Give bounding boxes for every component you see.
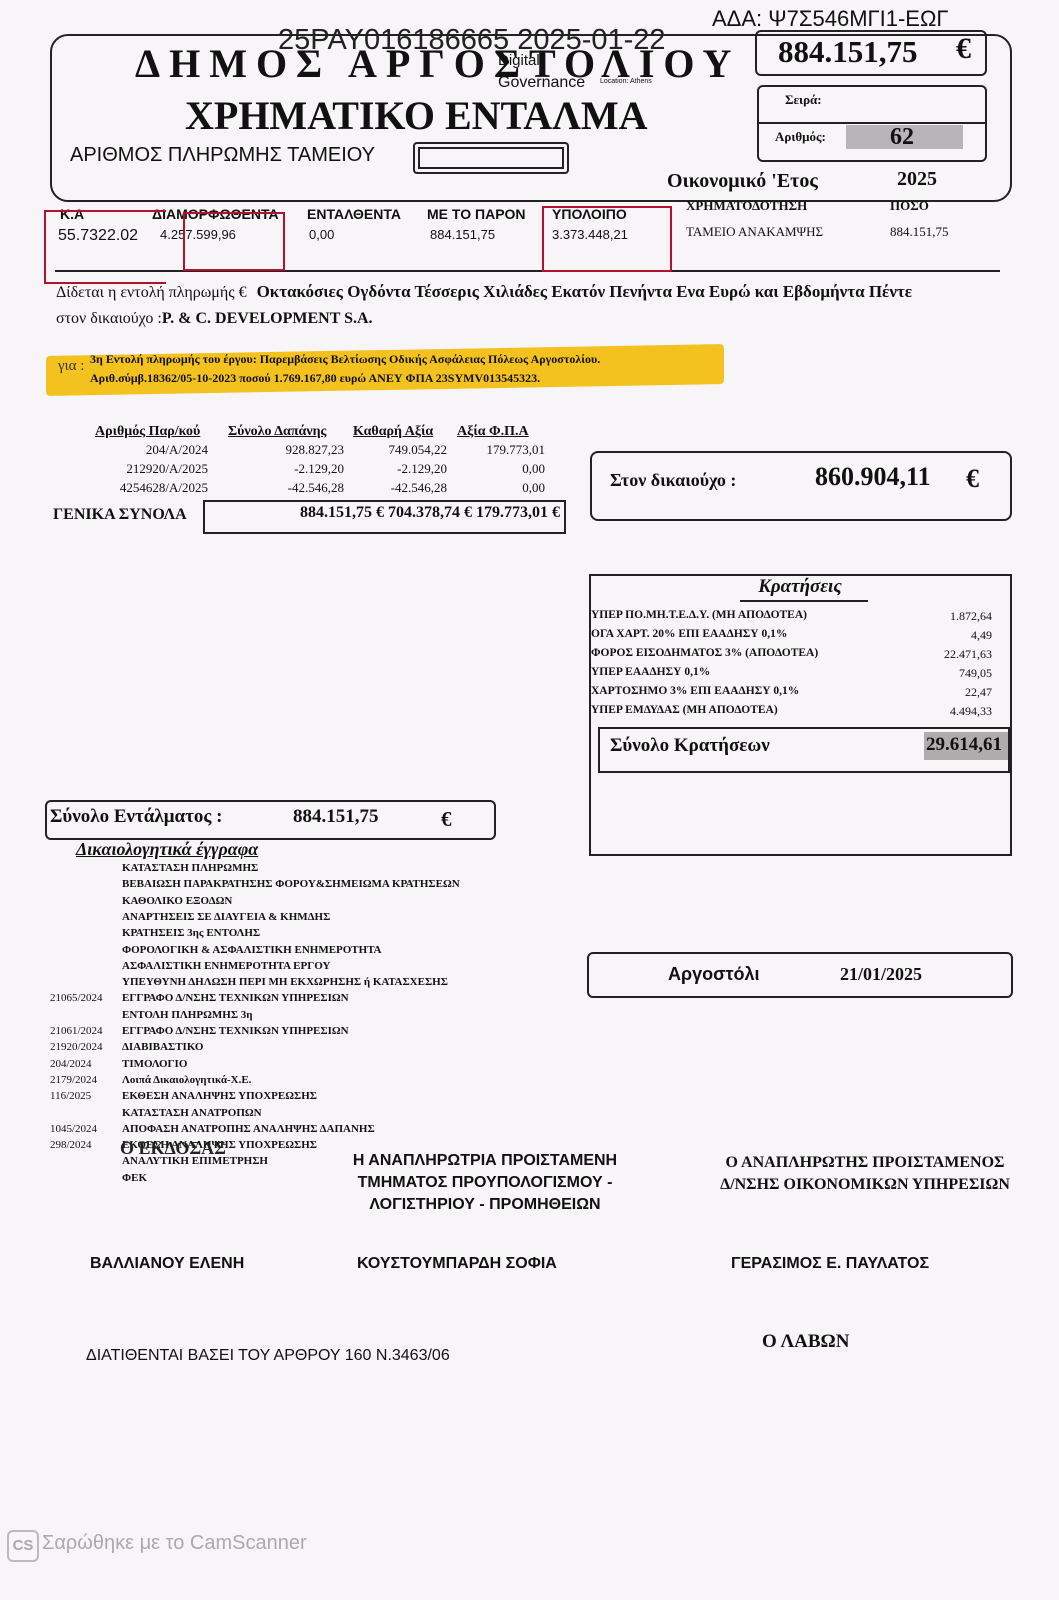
euro-symbol: € [441, 807, 452, 832]
document-number: 298/2024 [50, 1139, 92, 1151]
receiver-label: Ο ΛΑΒΩΝ [762, 1331, 849, 1353]
fund-payment-number-field [413, 142, 569, 174]
deduction-row: ΧΑΡΤΟΣΗΜΟ 3% ΕΠΙ ΕΑΑΔΗΣΥ 0,1%22,47 [591, 685, 992, 703]
grand-totals-label: ΓΕΝΙΚΑ ΣΥΝΟΛΑ [53, 506, 187, 524]
table-cell: 4254628/A/2025 [120, 480, 208, 496]
document-number: 116/2025 [50, 1090, 91, 1102]
divider [757, 122, 985, 124]
deduction-row: ΥΠΕΡ ΕΑΑΔΗΣΥ 0,1%749,05 [591, 666, 992, 684]
deduction-value: 4.494,33 [950, 704, 992, 719]
camscanner-logo-icon: CS [7, 1530, 39, 1562]
list-item: 204/2024ΤΙΜΟΛΟΓΙΟ [50, 1058, 530, 1074]
funding-amount: 884.151,75 [890, 224, 949, 240]
table-cell: -2.129,20 [397, 461, 447, 477]
payment-order-line: Δίδεται η εντολή πληρωμής €Οκτακόσιες Ογ… [56, 282, 912, 302]
order-total-value: 884.151,75 [293, 806, 379, 828]
document-number: 2179/2024 [50, 1074, 97, 1086]
document-name: ΚΑΘΟΛΙΚΟ ΕΞΟΔΩΝ [122, 895, 232, 907]
title-line: ΛΟΓΙΣΤΗΡΙΟΥ - ΠΡΟΜΗΘΕΙΩΝ [330, 1194, 640, 1216]
list-item: ΥΠΕΥΘΥΝΗ ΔΗΛΩΣΗ ΠΕΡΙ ΜΗ ΕΚΧΩΡΗΣΗΣ ή ΚΑΤΑ… [50, 976, 530, 992]
deduction-value: 1.872,64 [950, 609, 992, 624]
document-name: ΦΕΚ [122, 1172, 147, 1184]
document-name: ΤΙΜΟΛΟΓΙΟ [122, 1058, 187, 1070]
document-name: ΚΑΤΑΣΤΑΣΗ ΑΝΑΤΡΟΠΩΝ [122, 1107, 262, 1119]
digital-signature-location: Location: Athens [600, 78, 652, 85]
deduction-label: ΧΑΡΤΟΣΗΜΟ 3% ΕΠΙ ΕΑΑΔΗΣΥ 0,1% [591, 685, 799, 697]
budget-head-title: Η ΑΝΑΠΛΗΡΩΤΡΙΑ ΠΡΟΙΣΤΑΜΕΝΗ ΤΜΗΜΑΤΟΣ ΠΡΟΥ… [330, 1150, 640, 1216]
list-item: 21920/2024ΔΙΑΒΙΒΑΣΤΙΚΟ [50, 1041, 530, 1057]
invoice-header-total: Σύνολο Δαπάνης [228, 424, 326, 440]
deduction-value: 749,05 [959, 666, 992, 681]
table-cell: 204/A/2024 [146, 442, 208, 458]
purpose-line-2: Αριθ.σύμβ.18362/05-10-2023 ποσού 1.769.1… [90, 371, 540, 386]
deduction-label: ΦΟΡΟΣ ΕΙΣΟΔΗΜΑΤΟΣ 3% (ΑΠΟΔΟΤΕΑ) [591, 647, 818, 659]
digital-signature-line1: Digital [498, 52, 540, 69]
document-name: Λοιπά Δικαιολογητικά-Χ.Ε. [122, 1074, 251, 1086]
series-label: Σειρά: [785, 92, 822, 108]
funding-amount-label: ΠΟΣΟ [890, 198, 929, 214]
list-item: 21061/2024ΕΓΓΡΑΦΟ Δ/ΝΣΗΣ ΤΕΧΝΙΚΩΝ ΥΠΗΡΕΣ… [50, 1025, 530, 1041]
deductions-total-value: 29.614,61 [926, 734, 1002, 756]
beneficiary-amount-value: 860.904,11 [815, 462, 931, 492]
supporting-documents-title: Δικαιολογητικά έγγραφα [76, 839, 258, 860]
title-line: ΤΜΗΜΑΤΟΣ ΠΡΟΥΠΟΛΟΓΙΣΜΟΥ - [330, 1172, 640, 1194]
title-line: Δ/ΝΣΗΣ ΟΙΚΟΝΟΜΙΚΩΝ ΥΠΗΡΕΣΙΩΝ [690, 1174, 1040, 1196]
purpose-line-1: 3η Εντολή πληρωμής του έργου: Παρεμβάσει… [90, 352, 600, 367]
number-label: Αριθμός: [775, 129, 826, 145]
document-name: ΕΝΤΟΛΗ ΠΛΗΡΩΜΗΣ 3η [122, 1009, 253, 1021]
list-item: 116/2025ΕΚΘΕΣΗ ΑΝΑΛΗΨΗΣ ΥΠΟΧΡΕΩΣΗΣ [50, 1090, 530, 1106]
funding-label: ΧΡΗΜΑΤΟΔΟΤΗΣΗ [686, 198, 807, 214]
budget-header-current: ΜΕ ΤΟ ΠΑΡΟΝ [427, 206, 526, 222]
list-item: ΚΑΤΑΣΤΑΣΗ ΑΝΑΤΡΟΠΩΝ [50, 1107, 530, 1123]
digital-signature-line2: Governance [498, 74, 585, 92]
invoice-header-net: Καθαρή Αξία [353, 424, 433, 440]
deduction-value: 22.471,63 [944, 647, 992, 662]
deduction-label: ΟΓΑ ΧΑΡΤ. 20% ΕΠΙ ΕΑΑΔΗΣΥ 0,1% [591, 628, 787, 640]
list-item: 21065/2024ΕΓΓΡΑΦΟ Δ/ΝΣΗΣ ΤΕΧΝΙΚΩΝ ΥΠΗΡΕΣ… [50, 992, 530, 1008]
title-line: Η ΑΝΑΠΛΗΡΩΤΡΙΑ ΠΡΟΙΣΤΑΜΕΝΗ [330, 1150, 640, 1172]
list-item: ΦΟΡΟΛΟΓΙΚΗ & ΑΣΦΑΛΙΣΤΙΚΗ ΕΝΗΜΕΡΟΤΗΤΑ [50, 944, 530, 960]
table-cell: 928.827,23 [286, 442, 345, 458]
beneficiary-prefix: στον δικαιούχο : [56, 310, 162, 327]
fund-payment-number-label: ΑΡΙΘΜΟΣ ΠΛΗΡΩΜΗΣ ΤΑΜΕΙΟΥ [70, 144, 375, 167]
order-total-label: Σύνολο Εντάλματος : [50, 806, 222, 828]
list-item: ΑΝΑΡΤΗΣΕΙΣ ΣΕ ΔΙΑΥΓΕΙΑ & ΚΗΜΔΗΣ [50, 911, 530, 927]
place: Αργοστόλι [668, 964, 760, 985]
beneficiary-line: στον δικαιούχο :P. & C. DEVELOPMENT S.A. [56, 310, 373, 328]
budget-header-ordered: ΕΝΤΑΛΘΕΝΤΑ [307, 206, 401, 222]
table-cell: -2.129,20 [294, 461, 344, 477]
deduction-row: ΥΠΕΡ ΕΜΔΥΔΑΣ (ΜΗ ΑΠΟΔΟΤΕΑ)4.494,33 [591, 704, 992, 722]
beneficiary-name: P. & C. DEVELOPMENT S.A. [162, 310, 373, 327]
document-name: ΑΣΦΑΛΙΣΤΙΚΗ ΕΝΗΜΕΡΟΤΗΤΑ ΕΡΓΟΥ [122, 960, 330, 972]
invoice-header-number: Αριθμός Παρ/κού [95, 424, 200, 440]
purpose-label: για : [58, 358, 84, 375]
table-cell: 0,00 [522, 480, 545, 496]
deduction-label: ΥΠΕΡ ΕΑΑΔΗΣΥ 0,1% [591, 666, 710, 678]
amount-in-words: Οκτακόσιες Ογδόντα Τέσσερις Χιλιάδες Εκα… [257, 282, 912, 301]
list-item: ΚΡΑΤΗΣΕΙΣ 3ης ΕΝΤΟΛΗΣ [50, 927, 530, 943]
funding-source: ΤΑΜΕΙΟ ΑΝΑΚΑΜΨΗΣ [686, 224, 823, 240]
document-name: ΔΙΑΒΙΒΑΣΤΙΚΟ [122, 1041, 203, 1053]
place-date-box [587, 952, 1013, 998]
table-cell: 749.054,22 [389, 442, 448, 458]
document-number: 21065/2024 [50, 992, 103, 1004]
deduction-value: 22,47 [965, 685, 992, 700]
grand-totals-values: 884.151,75 € 704.378,74 € 179.773,01 € [208, 504, 560, 522]
payment-order-prefix: Δίδεται η εντολή πληρωμής € [56, 284, 247, 301]
beneficiary-amount-label: Στον δικαιούχο : [610, 470, 736, 491]
title-underline [740, 600, 868, 602]
list-item: ΕΝΤΟΛΗ ΠΛΗΡΩΜΗΣ 3η [50, 1009, 530, 1025]
list-item: ΑΣΦΑΛΙΣΤΙΚΗ ΕΝΗΜΕΡΟΤΗΤΑ ΕΡΓΟΥ [50, 960, 530, 976]
list-item: ΚΑΤΑΣΤΑΣΗ ΠΛΗΡΩΜΗΣ [50, 862, 530, 878]
deductions-title: Κρατήσεις [720, 576, 880, 598]
red-pen-mark [183, 212, 285, 271]
fiscal-year-value: 2025 [897, 168, 937, 191]
ada-code: ΑΔΑ: Ψ7Σ546ΜΓΙ1-ΕΩΓ [712, 6, 949, 32]
document-name: ΑΠΟΦΑΣΗ ΑΝΑΤΡΟΠΗΣ ΑΝΑΛΗΨΗΣ ΔΑΠΑΝΗΣ [122, 1123, 375, 1135]
table-cell: 0,00 [522, 461, 545, 477]
table-cell: 212920/A/2025 [126, 461, 208, 477]
document-number: 21061/2024 [50, 1025, 103, 1037]
document-number: 1045/2024 [50, 1123, 97, 1135]
document-name: ΦΟΡΟΛΟΓΙΚΗ & ΑΣΦΑΛΙΣΤΙΚΗ ΕΝΗΜΕΡΟΤΗΤΑ [122, 944, 381, 956]
table-row: 4254628/A/2025-42.546,28-42.546,280,00 [0, 480, 560, 498]
document-name: ΒΕΒΑΙΩΣΗ ΠΑΡΑΚΡΑΤΗΣΗΣ ΦΟΡΟΥ&ΣΗΜΕΙΩΜΑ ΚΡΑ… [122, 878, 460, 890]
deduction-row: ΥΠΕΡ ΠΟ.ΜΗ.Τ.Ε.Δ.Υ. (ΜΗ ΑΠΟΔΟΤΕΑ)1.872,6… [591, 609, 992, 627]
document-name: ΚΑΤΑΣΤΑΣΗ ΠΛΗΡΩΜΗΣ [122, 862, 258, 874]
budget-head-name: ΚΟΥΣΤΟΥΜΠΑΡΔΗ ΣΟΦΙΑ [357, 1255, 557, 1273]
date: 21/01/2025 [840, 964, 922, 985]
finance-head-title: Ο ΑΝΑΠΛΗΡΩΤΗΣ ΠΡΟΙΣΤΑΜΕΝΟΣ Δ/ΝΣΗΣ ΟΙΚΟΝΟ… [690, 1152, 1040, 1196]
table-cell: 179.773,01 [487, 442, 546, 458]
order-number: 62 [890, 124, 914, 151]
list-item: ΒΕΒΑΙΩΣΗ ΠΑΡΑΚΡΑΤΗΣΗΣ ΦΟΡΟΥ&ΣΗΜΕΙΩΜΑ ΚΡΑ… [50, 878, 530, 894]
document-number: 21920/2024 [50, 1041, 103, 1053]
list-item: 1045/2024ΑΠΟΦΑΣΗ ΑΝΑΤΡΟΠΗΣ ΑΝΑΛΗΨΗΣ ΔΑΠΑ… [50, 1123, 530, 1139]
euro-symbol: € [966, 464, 979, 494]
deductions-total-label: Σύνολο Κρατήσεων [610, 735, 770, 757]
red-pen-mark [542, 206, 672, 272]
deduction-label: ΥΠΕΡ ΠΟ.ΜΗ.Τ.Ε.Δ.Υ. (ΜΗ ΑΠΟΔΟΤΕΑ) [591, 609, 807, 621]
legal-note: ΔΙΑΤΙΘΕΝΤΑΙ ΒΑΣΕΙ ΤΟΥ ΑΡΘΡΟΥ 160 Ν.3463/… [86, 1347, 450, 1365]
deduction-value: 4,49 [971, 628, 992, 643]
finance-head-name: ΓΕΡΑΣΙΜΟΣ Ε. ΠΑΥΛΑΤΟΣ [731, 1255, 929, 1273]
deduction-label: ΥΠΕΡ ΕΜΔΥΔΑΣ (ΜΗ ΑΠΟΔΟΤΕΑ) [591, 704, 778, 716]
budget-ordered: 0,00 [309, 227, 334, 242]
red-pen-mark [44, 210, 166, 284]
header-amount: 884.151,75 [778, 34, 918, 70]
document-name: ΕΓΓΡΑΦΟ Δ/ΝΣΗΣ ΤΕΧΝΙΚΩΝ ΥΠΗΡΕΣΙΩΝ [122, 1025, 349, 1037]
euro-symbol: € [956, 32, 971, 66]
document-title: ΧΡΗΜΑΤΙΚΟ ΕΝΤΑΛΜΑ [185, 92, 648, 139]
document-name: ΥΠΕΥΘΥΝΗ ΔΗΛΩΣΗ ΠΕΡΙ ΜΗ ΕΚΧΩΡΗΣΗΣ ή ΚΑΤΑ… [122, 976, 448, 988]
document-name: ΑΝΑΡΤΗΣΕΙΣ ΣΕ ΔΙΑΥΓΕΙΑ & ΚΗΜΔΗΣ [122, 911, 330, 923]
table-row: 204/A/2024928.827,23749.054,22179.773,01 [0, 442, 560, 460]
invoice-header-vat: Αξία Φ.Π.Α [457, 424, 529, 440]
title-line: Ο ΑΝΑΠΛΗΡΩΤΗΣ ΠΡΟΙΣΤΑΜΕΝΟΣ [690, 1152, 1040, 1174]
document-number: 204/2024 [50, 1058, 92, 1070]
document-name: ΚΡΑΤΗΣΕΙΣ 3ης ΕΝΤΟΛΗΣ [122, 927, 260, 939]
list-item: 2179/2024Λοιπά Δικαιολογητικά-Χ.Ε. [50, 1074, 530, 1090]
table-row: 212920/A/2025-2.129,20-2.129,200,00 [0, 461, 560, 479]
issuer-name: ΒΑΛΛΙΑΝΟΥ ΕΛΕΝΗ [90, 1255, 244, 1273]
fiscal-year-label: Οικονομικό 'Ετος [667, 170, 818, 193]
list-item: ΚΑΘΟΛΙΚΟ ΕΞΟΔΩΝ [50, 895, 530, 911]
table-cell: -42.546,28 [288, 480, 344, 496]
document-name: ΕΚΘΕΣΗ ΑΝΑΛΗΨΗΣ ΥΠΟΧΡΕΩΣΗΣ [122, 1090, 317, 1102]
document-name: ΕΓΓΡΑΦΟ Δ/ΝΣΗΣ ΤΕΧΝΙΚΩΝ ΥΠΗΡΕΣΙΩΝ [122, 992, 349, 1004]
deduction-row: ΦΟΡΟΣ ΕΙΣΟΔΗΜΑΤΟΣ 3% (ΑΠΟΔΟΤΕΑ)22.471,63 [591, 647, 992, 665]
deduction-row: ΟΓΑ ΧΑΡΤ. 20% ΕΠΙ ΕΑΑΔΗΣΥ 0,1%4,49 [591, 628, 992, 646]
issuer-title: Ο ΕΚΔΟΣΑΣ [120, 1138, 226, 1159]
budget-current: 884.151,75 [430, 227, 495, 242]
camscanner-watermark: Σαρώθηκε με το CamScanner [42, 1532, 307, 1555]
protocol-stamp: 25PAY016186665 2025-01-22 [278, 24, 666, 57]
table-cell: -42.546,28 [391, 480, 447, 496]
